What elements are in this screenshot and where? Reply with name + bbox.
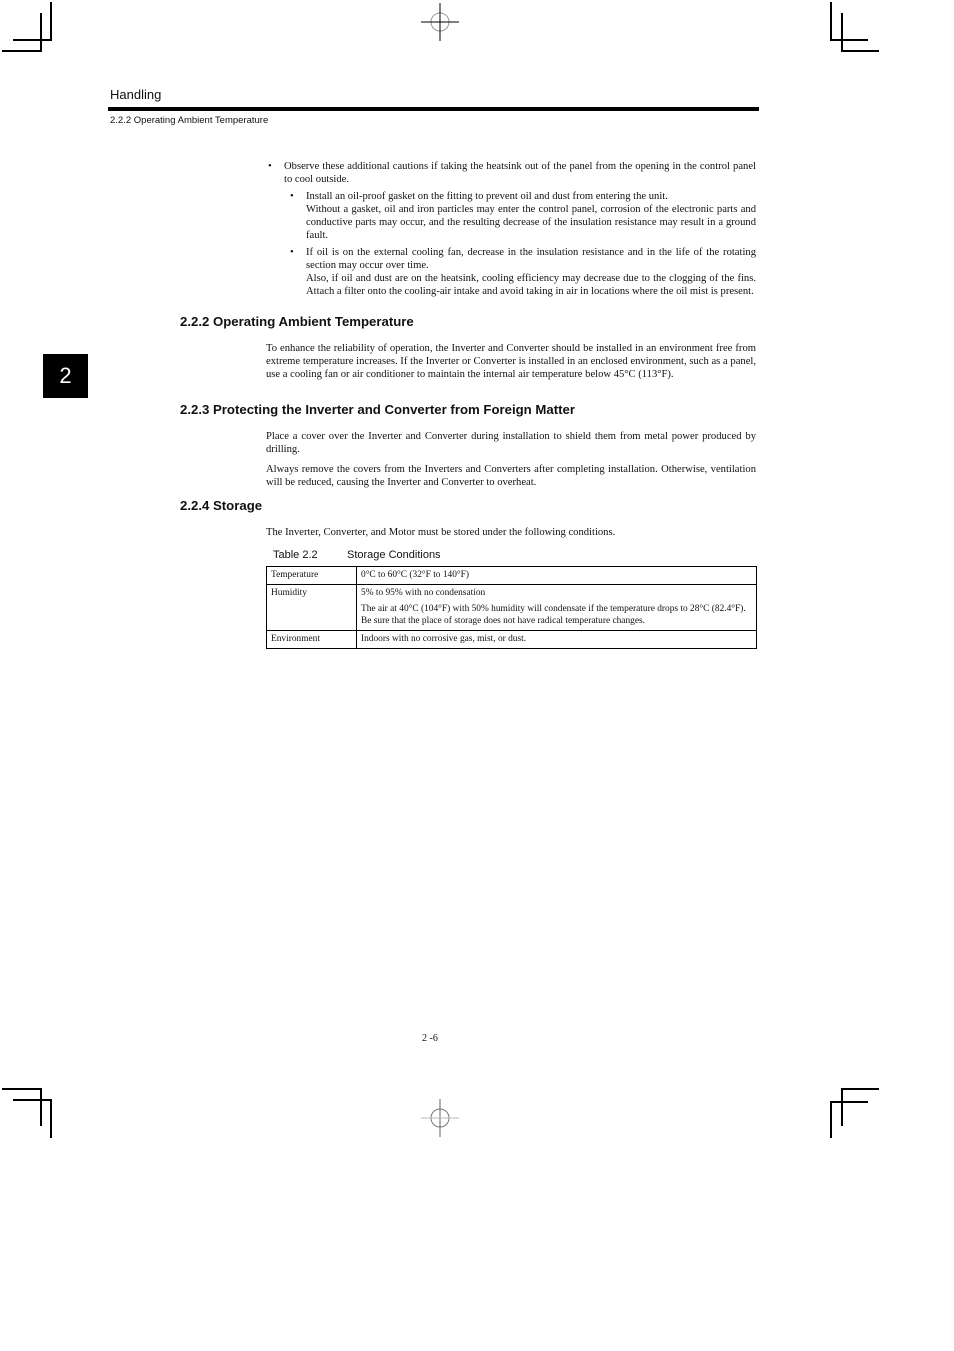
table-key: Environment: [267, 631, 357, 649]
section-paragraph: Place a cover over the Inverter and Conv…: [266, 430, 756, 456]
caution-item: Install an oil-proof gasket on the fitti…: [266, 190, 756, 242]
section-paragraph: Always remove the covers from the Invert…: [266, 463, 756, 489]
running-header-subsection: 2.2.2 Operating Ambient Temperature: [110, 115, 268, 126]
table-value: Indoors with no corrosive gas, mist, or …: [357, 631, 757, 649]
page-number: 2 -6: [422, 1033, 438, 1044]
section-paragraph: The Inverter, Converter, and Motor must …: [266, 526, 756, 539]
table-value: 5% to 95% with no condensation The air a…: [357, 585, 757, 631]
section-heading-storage: 2.2.4 Storage: [180, 498, 262, 513]
chapter-tab: 2: [43, 354, 88, 398]
table-row: Environment Indoors with no corrosive ga…: [267, 631, 757, 649]
table-title: Storage Conditions: [347, 549, 441, 561]
caution-intro: Observe these additional cautions if tak…: [266, 160, 756, 186]
section-paragraph: To enhance the reliability of operation,…: [266, 342, 756, 381]
table-caption: Table 2.2Storage Conditions: [273, 549, 441, 561]
registration-mark-bottom: [420, 1098, 460, 1138]
header-rule: [108, 107, 759, 111]
section-heading-foreign-matter: 2.2.3 Protecting the Inverter and Conver…: [180, 402, 575, 417]
table-key: Humidity: [267, 585, 357, 631]
storage-conditions-table: Temperature 0°C to 60°C (32°F to 140°F) …: [266, 566, 757, 649]
registration-mark-top: [420, 2, 460, 42]
cautions-list: Observe these additional cautions if tak…: [266, 160, 756, 298]
section-heading-operating-ambient-temperature: 2.2.2 Operating Ambient Temperature: [180, 314, 414, 329]
table-value: 0°C to 60°C (32°F to 140°F): [357, 567, 757, 585]
table-row: Humidity 5% to 95% with no condensation …: [267, 585, 757, 631]
caution-item: If oil is on the external cooling fan, d…: [266, 246, 756, 298]
running-header-section: Handling: [110, 87, 161, 102]
table-key: Temperature: [267, 567, 357, 585]
table-row: Temperature 0°C to 60°C (32°F to 140°F): [267, 567, 757, 585]
table-number: Table 2.2: [273, 549, 347, 561]
